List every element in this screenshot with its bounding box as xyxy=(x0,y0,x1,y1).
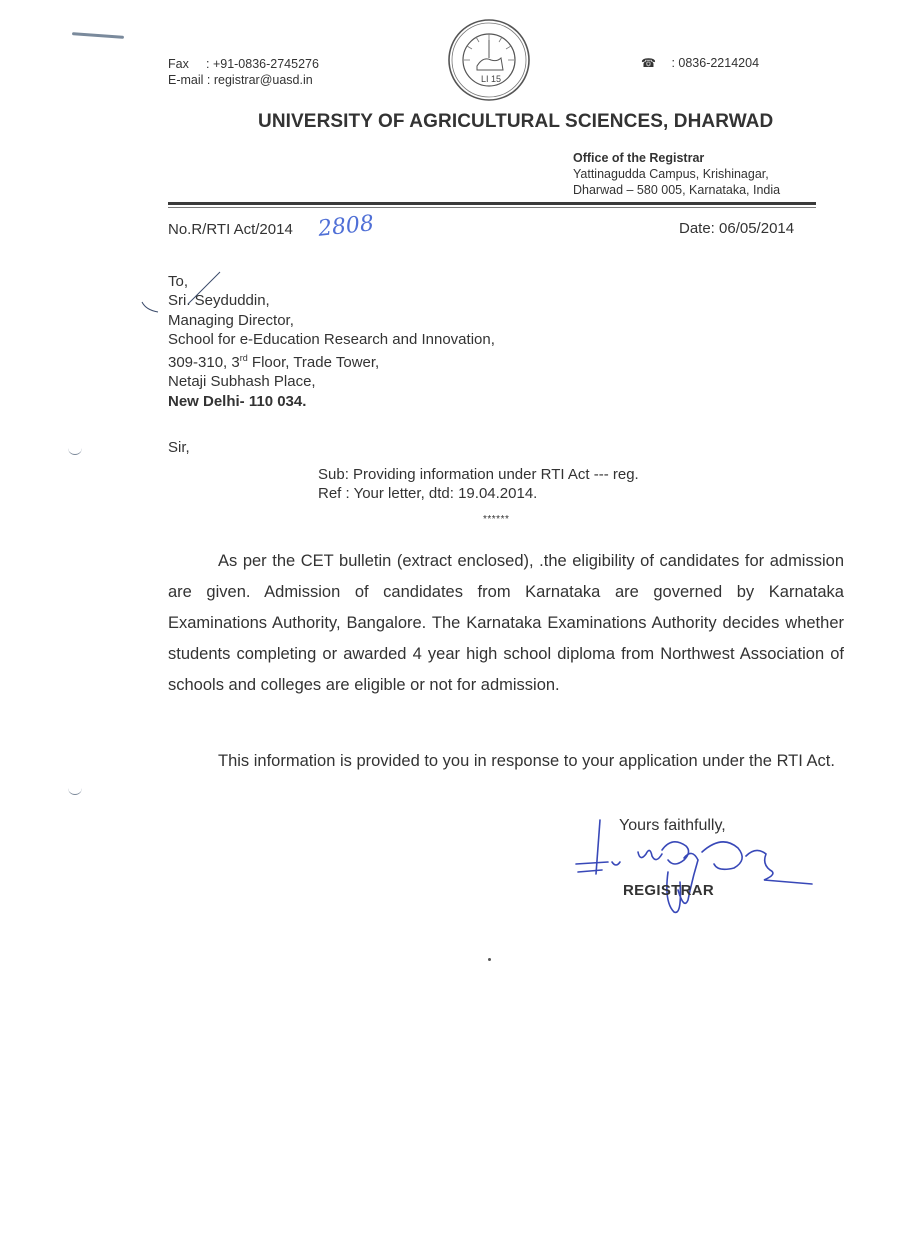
recipient-address-line2: Netaji Subhash Place, xyxy=(168,372,495,391)
svg-text:LI 15: LI 15 xyxy=(481,74,501,84)
subject-line: Sub: Providing information under RTI Act… xyxy=(318,465,639,484)
separator: ****** xyxy=(483,514,509,525)
university-seal-icon: LI 15 xyxy=(447,18,531,102)
body-paragraph-2: This information is provided to you in r… xyxy=(168,746,844,777)
office-address-line2: Dharwad – 580 005, Karnataka, India xyxy=(573,182,780,198)
body-paragraph-1: As per the CET bulletin (extract enclose… xyxy=(168,546,844,701)
email-value: : registrar@uasd.in xyxy=(207,73,313,87)
phone-line: ☎ : 0836-2214204 xyxy=(641,55,759,71)
email-label: E-mail xyxy=(168,73,203,87)
salutation: Sir, xyxy=(168,439,190,456)
subject-block: Sub: Providing information under RTI Act… xyxy=(318,465,639,503)
punch-hole-mark xyxy=(68,446,82,455)
reference-line: Ref : Your letter, dtd: 19.04.2014. xyxy=(318,484,639,503)
telephone-icon: ☎ xyxy=(641,56,656,70)
reference-number: No.R/RTI Act/2014 xyxy=(168,221,293,238)
header-divider-thin xyxy=(168,207,816,208)
phone-value: : 0836-2214204 xyxy=(671,56,759,70)
handwritten-reference: 2808 xyxy=(317,211,375,242)
office-address-line1: Yattinagudda Campus, Krishinagar, xyxy=(573,166,780,182)
scan-mark xyxy=(72,32,124,39)
tick-mark xyxy=(140,268,230,328)
email-line: E-mail : registrar@uasd.in xyxy=(168,72,313,88)
scan-speck xyxy=(488,958,491,961)
signatory-title: REGISTRAR xyxy=(623,882,714,899)
university-name: UNIVERSITY OF AGRICULTURAL SCIENCES, DHA… xyxy=(258,111,773,133)
header-divider xyxy=(168,202,816,205)
letter-date: Date: 06/05/2014 xyxy=(679,220,794,237)
recipient-city: New Delhi- 110 034. xyxy=(168,392,495,411)
punch-hole-mark xyxy=(68,786,82,795)
fax-label: Fax xyxy=(168,56,206,72)
fax-value: : +91-0836-2745276 xyxy=(206,57,319,71)
handwritten-signature xyxy=(572,812,822,927)
recipient-organization: School for e-Education Research and Inno… xyxy=(168,330,495,349)
office-title: Office of the Registrar xyxy=(573,150,780,166)
fax-line: Fax: +91-0836-2745276 xyxy=(168,56,319,72)
recipient-address-line1: 309-310, 3rd Floor, Trade Tower, xyxy=(168,349,495,372)
office-block: Office of the Registrar Yattinagudda Cam… xyxy=(573,150,780,198)
